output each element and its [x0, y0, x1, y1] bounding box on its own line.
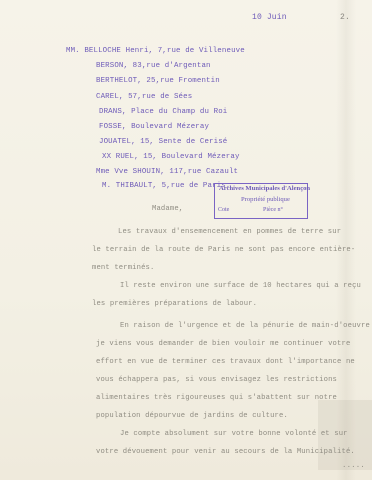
stamp-piece-label: Pièce n°	[263, 207, 283, 213]
stamp-public-property: Propriété publique	[241, 196, 290, 203]
body-line: Je compte absolument sur votre bonne vol…	[120, 430, 348, 438]
body-line: le terrain de la route de Paris ne sont …	[92, 246, 355, 254]
letter-date: 10 Juin	[252, 13, 287, 22]
addressee-line: FOSSE, Boulevard Mézeray	[99, 123, 209, 131]
body-line: vous échappera pas, si vous envisagez le…	[96, 376, 337, 384]
body-line: ment terminés.	[92, 264, 155, 272]
addressee-line: M. THIBAULT, 5,rue de Paris.	[102, 182, 230, 190]
stamp-cote-label: Cote	[218, 207, 229, 213]
addressee-line: MM. BELLOCHE Henri, 7,rue de Villeneuve	[66, 47, 245, 55]
addressee-line: BERSON, 83,rue d'Argentan	[96, 62, 211, 70]
addressee-line: JOUATEL, 15, Sente de Cerisé	[99, 138, 227, 146]
body-line: Les travaux d'ensemencement en pommes de…	[118, 228, 341, 236]
stamp-archive-name: Archives Municipales d'Alençon	[219, 185, 310, 192]
page-number: 2.	[340, 13, 350, 22]
archives-stamp: Archives Municipales d'Alençon Propriété…	[214, 183, 308, 219]
salutation: Madame,	[152, 205, 183, 213]
document-page: 10 Juin 2. MM. BELLOCHE Henri, 7,rue de …	[0, 0, 372, 480]
body-line: je viens vous demander de bien vouloir m…	[96, 340, 350, 348]
body-line: votre dévouement pour venir au secours d…	[96, 448, 355, 456]
body-line: Il reste environ une surface de 10 hecta…	[120, 282, 361, 290]
body-line: les premières préparations de labour.	[92, 300, 257, 308]
addressee-line: DRANS, Place du Champ du Roi	[99, 108, 227, 116]
addressee-line: CAREL, 57,rue de Sées	[96, 93, 192, 101]
body-line: alimentaires très rigoureuses qui s'abat…	[96, 394, 337, 402]
addressee-line: Mme Vve SHOUIN, 117,rue Cazault	[96, 168, 238, 176]
addressee-line: XX RUEL, 15, Boulevard Mézeray	[102, 153, 240, 161]
body-line: En raison de l'urgence et de la pénurie …	[120, 322, 370, 330]
body-line: population dépourvue de jardins de cultu…	[96, 412, 288, 420]
body-line: effort en vue de terminer ces travaux do…	[96, 358, 355, 366]
ellipsis-mark: .....	[342, 462, 365, 470]
addressee-line: BERTHELOT, 25,rue Fromentin	[96, 77, 220, 85]
